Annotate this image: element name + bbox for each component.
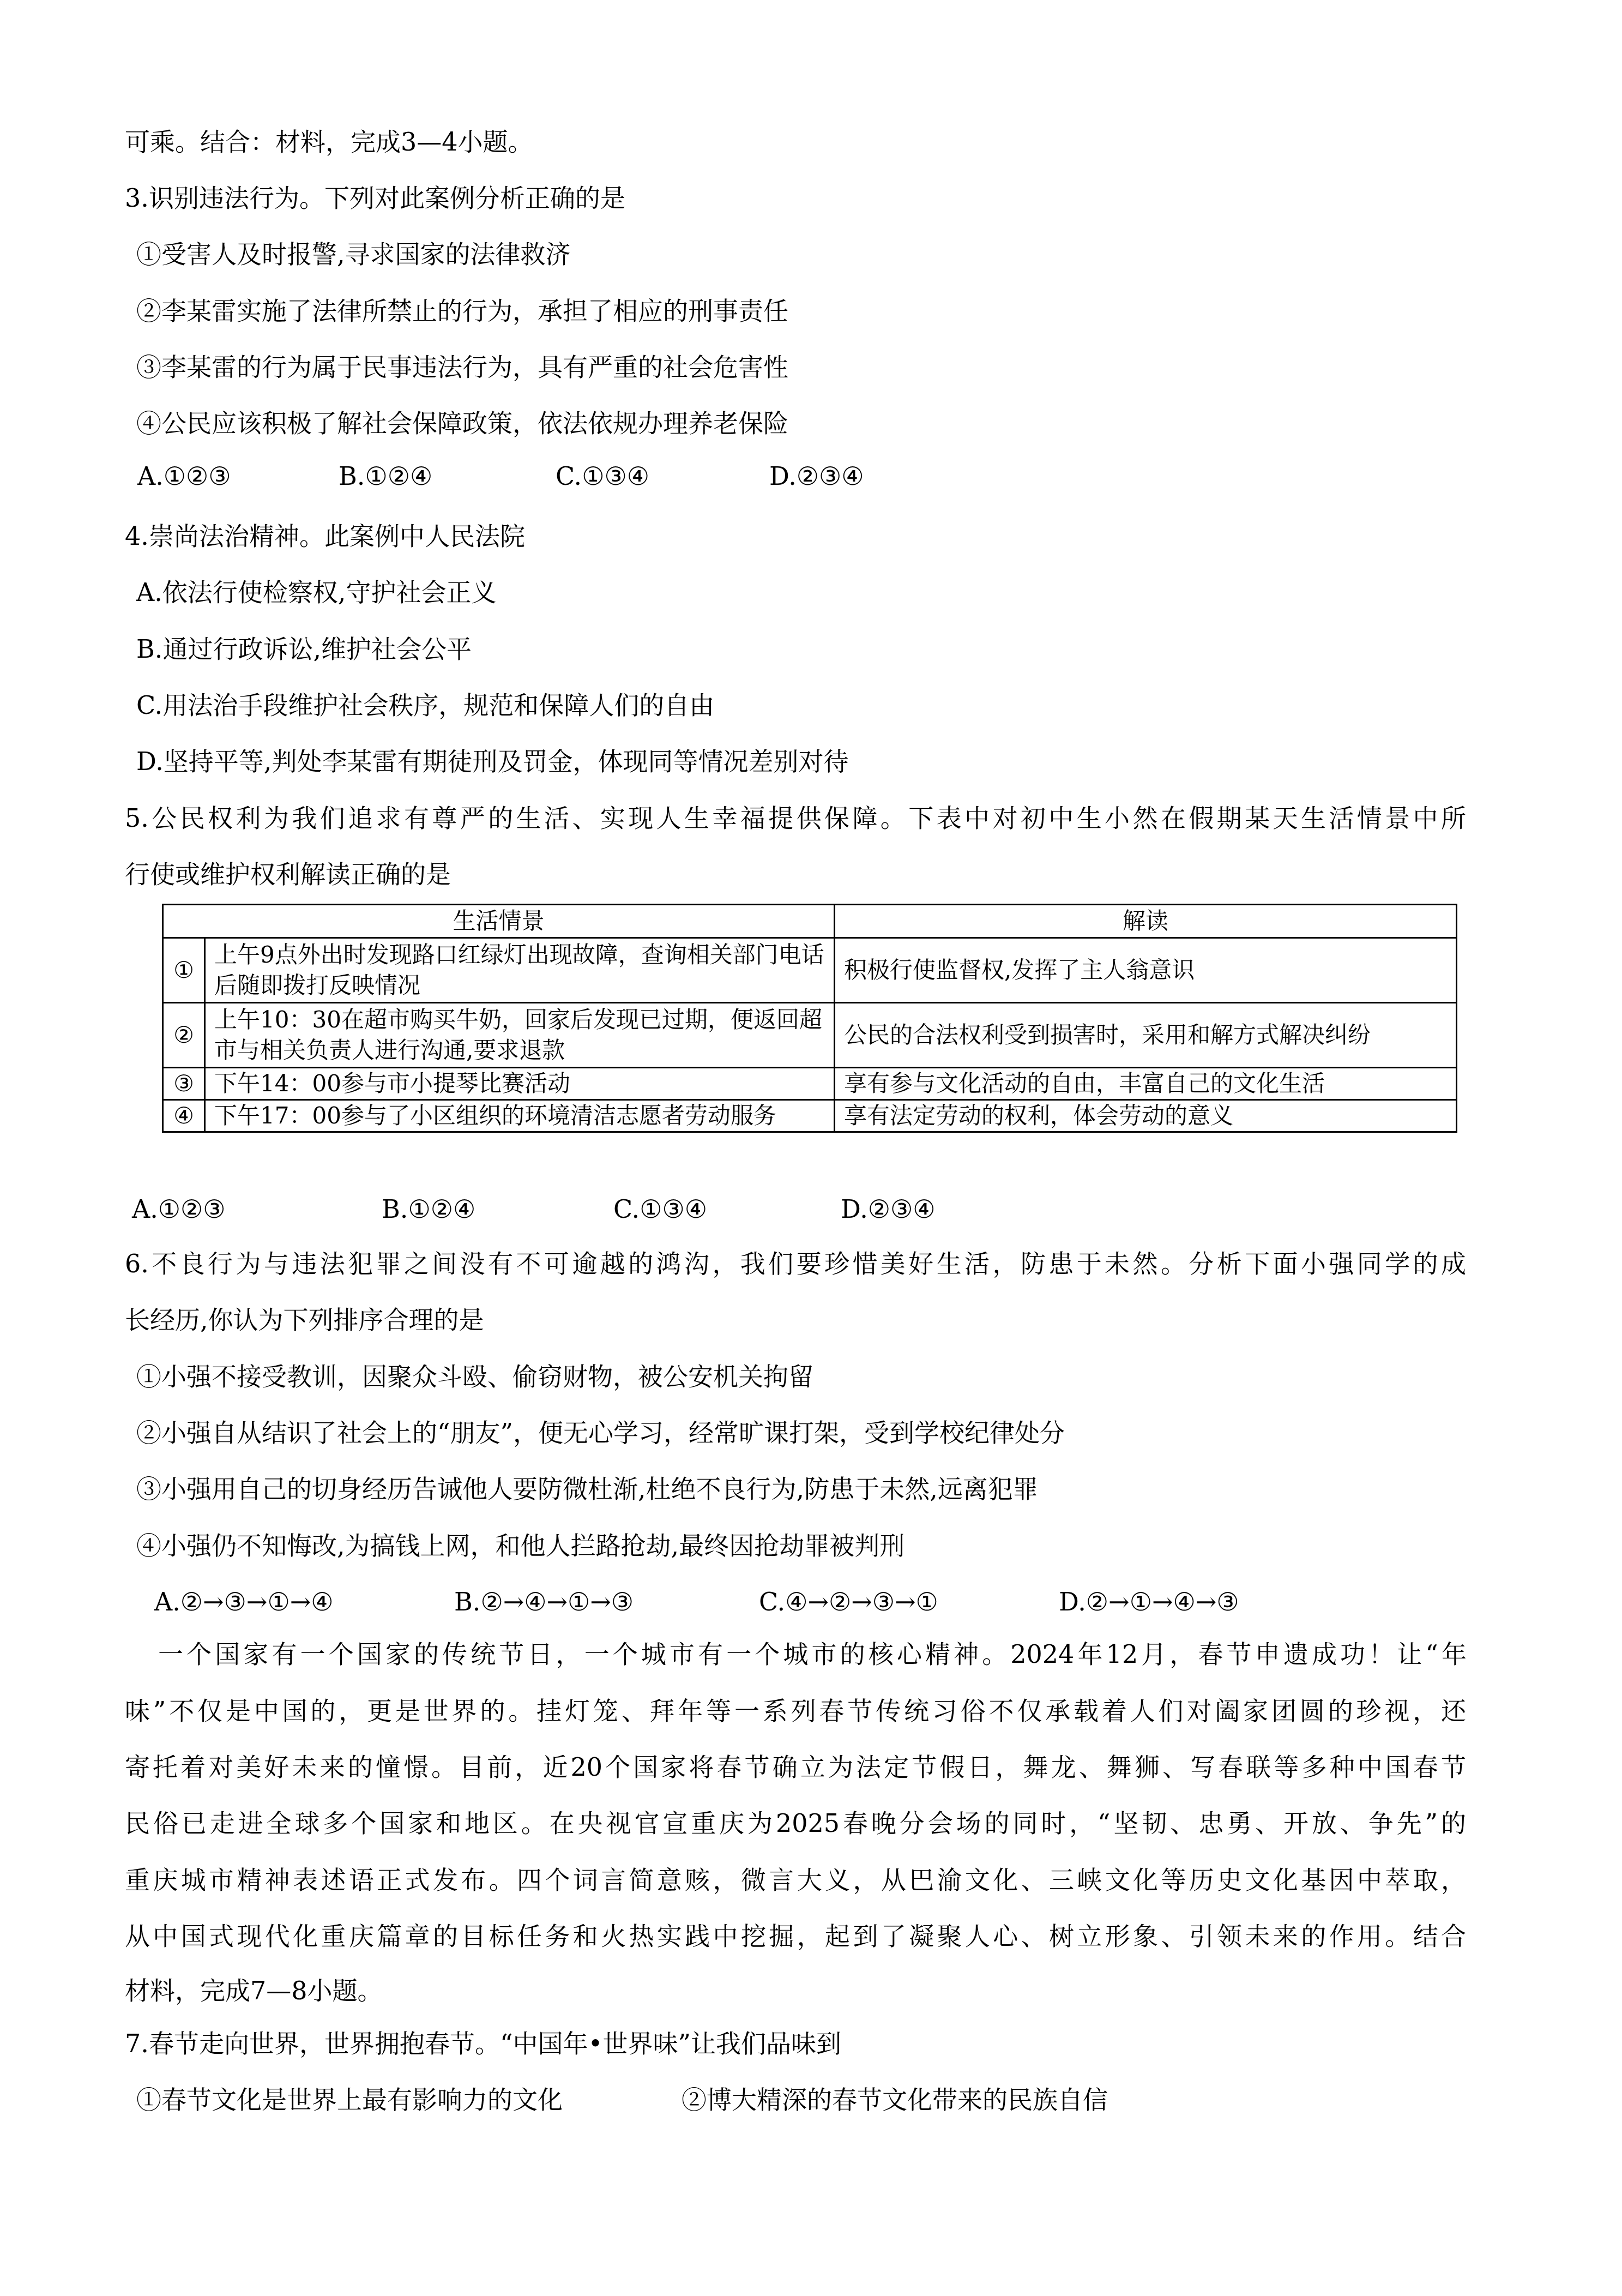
q3-option-d: D.②③④ [769, 460, 864, 492]
row-number: ③ [163, 1068, 205, 1100]
q3-option-a: A.①②③ [137, 460, 231, 492]
q3-stem: 3.识别违法行为。下列对此案例分析正确的是 [125, 182, 625, 214]
q4-option-c: C.用法治手段维护社会秩序，规范和保障人们的自由 [136, 689, 714, 722]
table-row: ① 上午9点外出时发现路口红绿灯出现故障，查询相关部门电话后随即拨打反映情况 积… [163, 938, 1457, 1003]
q5-option-d: D.②③④ [841, 1193, 936, 1225]
header-reading: 解读 [835, 905, 1457, 938]
q7-stem: 7.春节走向世界，世界拥抱春节。“中国年•世界味”让我们品味到 [125, 2027, 841, 2060]
row-scene: 下午14：00参与市小提琴比赛活动 [205, 1068, 835, 1100]
q3-option-c: C.①③④ [556, 460, 649, 492]
row-number: ④ [163, 1100, 205, 1132]
material-line-2: 味”不仅是中国的，更是世界的。挂灯笼、拜年等一系列春节传统习俗不仅承载着人们对阖… [125, 1694, 1466, 1727]
q6-option-c: C.④→②→③→① [759, 1585, 938, 1618]
intro-tail-text: 可乘。结合：材料，完成3—4小题。 [125, 125, 533, 158]
q6-statement-2: ②小强自从结识了社会上的“朋友”，便无心学习，经常旷课打架，受到学校纪律处分 [136, 1416, 1065, 1449]
q6-option-d: D.②→①→④→③ [1059, 1585, 1239, 1618]
q5-stem-line-1: 5.公民权利为我们追求有尊严的生活、实现人生幸福提供保障。下表中对初中生小然在假… [125, 802, 1466, 834]
material-line-1: 一个国家有一个国家的传统节日，一个城市有一个城市的核心精神。2024年12月，春… [158, 1638, 1467, 1670]
q3-option-b: B.①②④ [339, 460, 432, 492]
q6-statement-1: ①小强不接受教训，因聚众斗殴、偷窃财物，被公安机关拘留 [136, 1360, 813, 1393]
row-number: ① [163, 938, 205, 1003]
q6-stem-line-1: 6.不良行为与违法犯罪之间没有不可逾越的鸿沟，我们要珍惜美好生活，防患于未然。分… [125, 1247, 1466, 1280]
q6-option-b: B.②→④→①→③ [454, 1585, 634, 1618]
table-row: ② 上午10：30在超市购买牛奶，回家后发现已过期，便返回超市与相关负责人进行沟… [163, 1003, 1457, 1068]
row-reading: 享有参与文化活动的自由，丰富自己的文化生活 [835, 1068, 1457, 1100]
material-line-3: 寄托着对美好未来的憧憬。目前，近20个国家将春节确立为法定节假日，舞龙、舞狮、写… [125, 1751, 1466, 1783]
q5-table: 生活情景 解读 ① 上午9点外出时发现路口红绿灯出现故障，查询相关部门电话后随即… [162, 904, 1457, 1133]
table-row: ③ 下午14：00参与市小提琴比赛活动 享有参与文化活动的自由，丰富自己的文化生… [163, 1068, 1457, 1100]
q4-option-a: A.依法行使检察权,守护社会正义 [136, 576, 496, 609]
q7-statement-2: ②博大精深的春节文化带来的民族自信 [682, 2083, 1108, 2116]
q3-statement-2: ②李某雷实施了法律所禁止的行为，承担了相应的刑事责任 [136, 294, 788, 327]
table-header-row: 生活情景 解读 [163, 905, 1457, 938]
material-line-7: 材料，完成7—8小题。 [125, 1974, 383, 2007]
material-line-6: 从中国式现代化重庆篇章的目标任务和火热实践中挖掘，起到了凝聚人心、树立形象、引领… [125, 1920, 1466, 1952]
q5-option-c: C.①③④ [613, 1193, 707, 1225]
row-scene: 上午9点外出时发现路口红绿灯出现故障，查询相关部门电话后随即拨打反映情况 [205, 938, 835, 1003]
header-scene: 生活情景 [163, 905, 835, 938]
q6-option-a: A.②→③→①→④ [154, 1585, 333, 1618]
row-reading: 享有法定劳动的权利，体会劳动的意义 [835, 1100, 1457, 1132]
q3-statement-4: ④公民应该积极了解社会保障政策，依法依规办理养老保险 [136, 407, 788, 440]
material-line-5: 重庆城市精神表述语正式发布。四个词言简意赅，微言大义，从巴渝文化、三峡文化等历史… [125, 1864, 1466, 1896]
q4-stem: 4.崇尚法治精神。此案例中人民法院 [125, 520, 525, 552]
q4-option-d: D.坚持平等,判处李某雷有期徒刑及罚金，体现同等情况差别对待 [136, 745, 849, 778]
q6-statement-4: ④小强仍不知悔改,为搞钱上网，和他人拦路抢劫,最终因抢劫罪被判刑 [136, 1529, 905, 1562]
row-scene: 上午10：30在超市购买牛奶，回家后发现已过期，便返回超市与相关负责人进行沟通,… [205, 1003, 835, 1068]
q6-stem-line-2: 长经历,你认为下列排序合理的是 [125, 1303, 484, 1336]
q5-stem-line-2: 行使或维护权利解读正确的是 [125, 858, 451, 891]
q4-option-b: B.通过行政诉讼,维护社会公平 [136, 633, 472, 665]
q6-statement-3: ③小强用自己的切身经历告诫他人要防微杜渐,杜绝不良行为,防患于未然,远离犯罪 [136, 1472, 1038, 1505]
row-scene: 下午17：00参与了小区组织的环境清洁志愿者劳动服务 [205, 1100, 835, 1132]
q5-option-b: B.①②④ [382, 1193, 475, 1225]
q7-statement-1: ①春节文化是世界上最有影响力的文化 [136, 2083, 563, 2116]
row-number: ② [163, 1003, 205, 1068]
material-line-4: 民俗已走进全球多个国家和地区。在央视官宣重庆为2025春晚分会场的同时，“坚韧、… [125, 1807, 1466, 1840]
row-reading: 积极行使监督权,发挥了主人翁意识 [835, 938, 1457, 1003]
row-reading: 公民的合法权利受到损害时，采用和解方式解决纠纷 [835, 1003, 1457, 1068]
q3-statement-3: ③李某雷的行为属于民事违法行为，具有严重的社会危害性 [136, 351, 788, 383]
q5-option-a: A.①②③ [132, 1193, 226, 1225]
table-row: ④ 下午17：00参与了小区组织的环境清洁志愿者劳动服务 享有法定劳动的权利，体… [163, 1100, 1457, 1132]
q3-statement-1: ①受害人及时报警,寻求国家的法律救济 [136, 238, 571, 271]
